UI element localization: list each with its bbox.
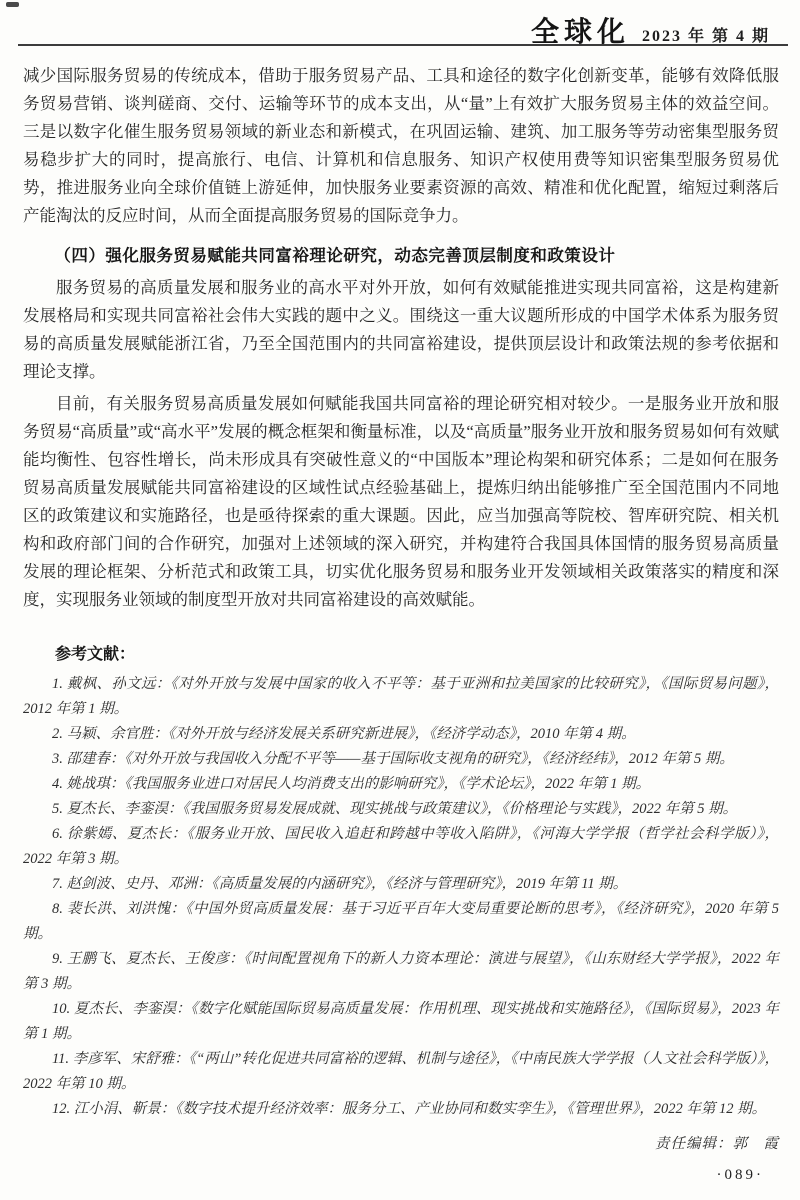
body-paragraph: 目前，有关服务贸易高质量发展如何赋能我国共同富裕的理论研究相对较少。一是服务业开… — [23, 390, 779, 614]
body-paragraph-continuation: 减少国际服务贸易的传统成本，借助于服务贸易产品、工具和途径的数字化创新变革，能够… — [23, 62, 779, 230]
scan-artifact — [6, 2, 19, 7]
reference-item: 2. 马颖、余官胜：《对外开放与经济发展关系研究新进展》，《经济学动态》，201… — [23, 722, 779, 747]
reference-item: 10. 夏杰长、李銮淏：《数字化赋能国际贸易高质量发展：作用机理、现实挑战和实施… — [23, 997, 779, 1047]
editor-credit: 责任编辑：郭 霞 — [23, 1132, 779, 1156]
header-divider — [18, 44, 788, 46]
reference-item: 6. 徐紫嫣、夏杰长：《服务业开放、国民收入追赶和跨越中等收入陷阱》，《河海大学… — [23, 822, 779, 872]
page-content: 减少国际服务贸易的传统成本，借助于服务贸易产品、工具和途径的数字化创新变革，能够… — [23, 62, 779, 1171]
reference-item: 3. 邵建春：《对外开放与我国收入分配不平等——基于国际收支视角的研究》，《经济… — [23, 747, 779, 772]
issue-info: 2023 年 第 4 期 — [642, 23, 770, 46]
references-list: 1. 戴枫、孙文远：《对外开放与发展中国家的收入不平等：基于亚洲和拉美国家的比较… — [23, 672, 779, 1122]
body-paragraph: 服务贸易的高质量发展和服务业的高水平对外开放，如何有效赋能推进实现共同富裕，这是… — [23, 274, 779, 386]
journal-page: 全球化 2023 年 第 4 期 减少国际服务贸易的传统成本，借助于服务贸易产品… — [0, 0, 800, 1200]
reference-item: 9. 王鹏飞、夏杰长、王俊彦：《时间配置视角下的新人力资本理论：演进与展望》，《… — [23, 947, 779, 997]
reference-item: 7. 赵剑波、史丹、邓洲：《高质量发展的内涵研究》，《经济与管理研究》，2019… — [23, 872, 779, 897]
reference-item: 12. 江小涓、靳景：《数字技术提升经济效率：服务分工、产业协同和数实孪生》，《… — [23, 1097, 779, 1122]
reference-item: 1. 戴枫、孙文远：《对外开放与发展中国家的收入不平等：基于亚洲和拉美国家的比较… — [23, 672, 779, 722]
reference-item: 11. 李彦军、宋舒雅：《“两山”转化促进共同富裕的逻辑、机制与途径》，《中南民… — [23, 1047, 779, 1097]
section-heading: （四）强化服务贸易赋能共同富裕理论研究，动态完善顶层制度和政策设计 — [23, 242, 779, 270]
reference-item: 5. 夏杰长、李銮淏：《我国服务贸易发展成就、现实挑战与政策建议》，《价格理论与… — [23, 797, 779, 822]
page-number: ·089· — [717, 1167, 765, 1184]
references-heading: 参考文献： — [23, 642, 779, 668]
reference-item: 4. 姚战琪：《我国服务业进口对居民人均消费支出的影响研究》，《学术论坛》，20… — [23, 772, 779, 797]
reference-item: 8. 裴长洪、刘洪愧：《中国外贸高质量发展：基于习近平百年大变局重要论断的思考》… — [23, 897, 779, 947]
